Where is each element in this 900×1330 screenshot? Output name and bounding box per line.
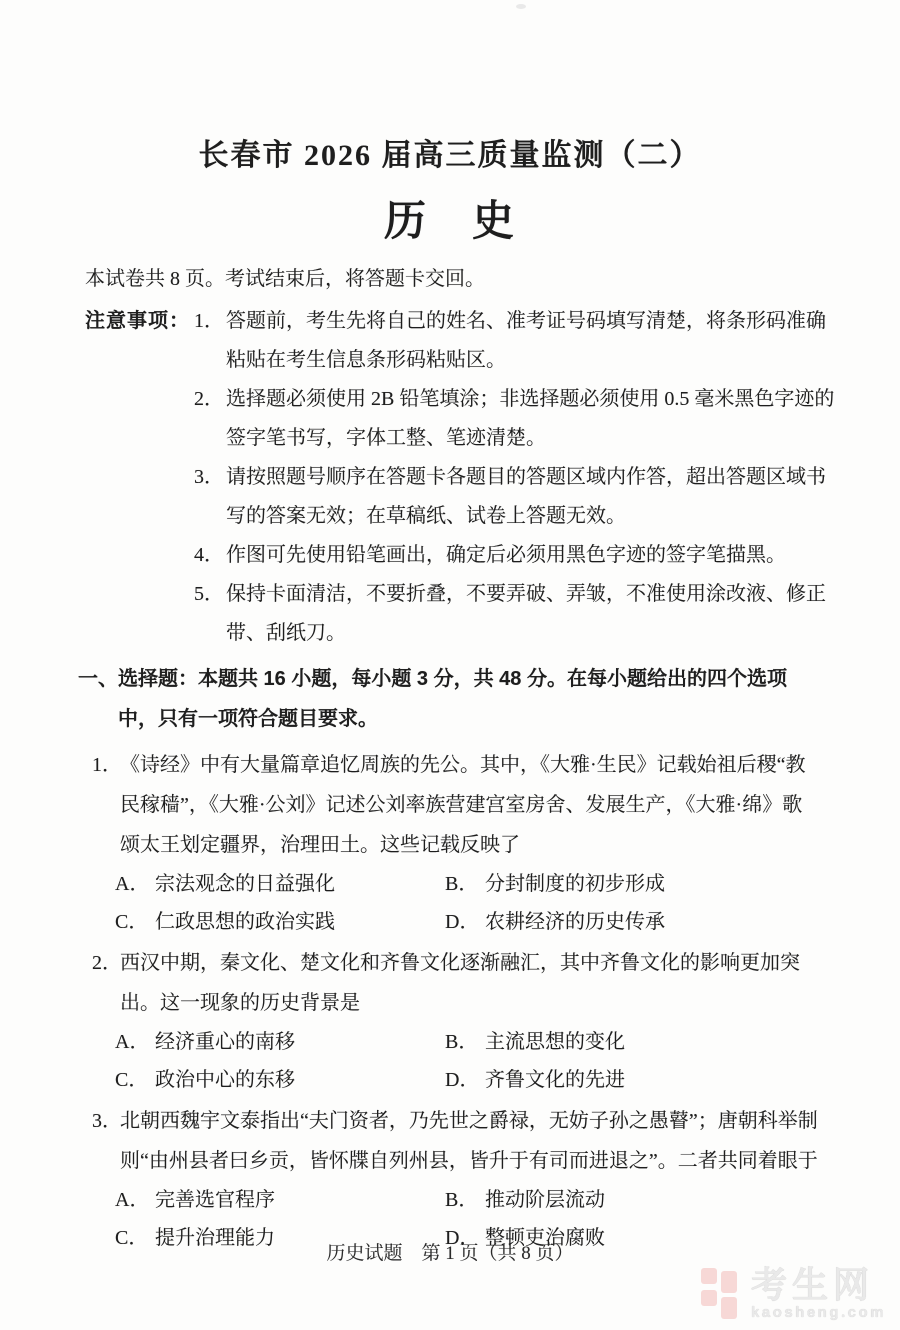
option-text: 农耕经济的历史传承 (485, 903, 665, 941)
option-a: A． 完善选官程序 (115, 1181, 445, 1219)
notice-item-number: 5． (194, 575, 226, 653)
notice-item-text: 请按照题号顺序在答题卡各题目的答题区域内作答，超出答题区域书写的答案无效；在草稿… (226, 458, 838, 536)
question-3: 3． 北朝西魏宇文泰指出“夫门资者，乃先世之爵禄，无妨子孙之愚瞽”；唐朝科举制则… (92, 1101, 900, 1257)
question-2: 2． 西汉中期，秦文化、楚文化和齐鲁文化逐渐融汇，其中齐鲁文化的影响更加突出。这… (92, 943, 900, 1099)
logo-block (721, 1297, 737, 1319)
option-b: B． 主流思想的变化 (445, 1023, 900, 1061)
section-number: 一、 (78, 659, 118, 739)
notice-item: 2． 选择题必须使用 2B 铅笔填涂；非选择题必须使用 0.5 毫米黑色字迹的签… (194, 380, 838, 458)
notice-items: 1． 答题前，考生先将自己的姓名、准考证号码填写清楚，将条形码准确粘贴在考生信息… (194, 302, 838, 653)
option-c: C． 仁政思想的政治实践 (115, 903, 445, 941)
notice-item-text: 作图可先使用铅笔画出，确定后必须用黑色字迹的签字笔描黑。 (226, 536, 838, 575)
option-label: A． (115, 1181, 155, 1219)
question-list: 1． 《诗经》中有大量篇章追忆周族的先公。其中，《大雅·生民》记载始祖后稷“教民… (92, 745, 900, 1257)
page-footer: 历史试题 第 1 页（共 8 页） (0, 1238, 900, 1265)
section-heading: 一、 选择题：本题共 16 小题，每小题 3 分，共 48 分。在每小题给出的四… (78, 659, 900, 739)
notice-item-text: 保持卡面清洁，不要折叠，不要弄破、弄皱，不准使用涂改液、修正带、刮纸刀。 (226, 575, 838, 653)
option-d: D． 农耕经济的历史传承 (445, 903, 900, 941)
question-stem: 西汉中期，秦文化、楚文化和齐鲁文化逐渐融汇，其中齐鲁文化的影响更加突出。这一现象… (120, 943, 820, 1023)
option-label: A． (115, 1023, 155, 1061)
question-1: 1． 《诗经》中有大量篇章追忆周族的先公。其中，《大雅·生民》记载始祖后稷“教民… (92, 745, 900, 941)
logo-block (701, 1268, 717, 1284)
option-label: B． (445, 1181, 485, 1219)
notice-item-number: 1． (194, 302, 226, 380)
option-text: 经济重心的南移 (155, 1023, 295, 1061)
option-text: 齐鲁文化的先进 (485, 1061, 625, 1099)
watermark-domain: kaosheng.com (751, 1305, 886, 1320)
scan-artifact (516, 4, 526, 9)
logo-block (721, 1271, 737, 1293)
question-stem: 《诗经》中有大量篇章追忆周族的先公。其中，《大雅·生民》记载始祖后稷“教民稼穑”… (120, 745, 820, 865)
logo-block (701, 1290, 717, 1306)
option-text: 推动阶层流动 (485, 1181, 605, 1219)
notice-item: 3． 请按照题号顺序在答题卡各题目的答题区域内作答，超出答题区域书写的答案无效；… (194, 458, 838, 536)
notice-section: 注意事项： 1． 答题前，考生先将自己的姓名、准考证号码填写清楚，将条形码准确粘… (85, 302, 900, 653)
option-label: C． (115, 1061, 155, 1099)
paper-subject: 历 史 (0, 188, 900, 248)
option-text: 宗法观念的日益强化 (155, 865, 335, 903)
notice-item-number: 3． (194, 458, 226, 536)
section-text: 选择题：本题共 16 小题，每小题 3 分，共 48 分。在每小题给出的四个选项… (118, 659, 824, 739)
option-label: B． (445, 865, 485, 903)
option-text: 政治中心的东移 (155, 1061, 295, 1099)
question-stem: 北朝西魏宇文泰指出“夫门资者，乃先世之爵禄，无妨子孙之愚瞽”；唐朝科举制则“由州… (120, 1101, 820, 1181)
option-label: D． (445, 903, 485, 941)
notice-item-number: 4． (194, 536, 226, 575)
question-number: 3． (92, 1101, 120, 1181)
notice-item: 5． 保持卡面清洁，不要折叠，不要弄破、弄皱，不准使用涂改液、修正带、刮纸刀。 (194, 575, 838, 653)
exam-paper-page: 长春市 2026 届高三质量监测（二） 历 史 本试卷共 8 页。考试结束后，将… (0, 0, 900, 1330)
option-text: 主流思想的变化 (485, 1023, 625, 1061)
option-grid: A． 宗法观念的日益强化 B． 分封制度的初步形成 C． 仁政思想的政治实践 D… (115, 865, 900, 941)
option-d: D． 齐鲁文化的先进 (445, 1061, 900, 1099)
watermark-name: 考生网 (751, 1267, 886, 1303)
option-b: B． 分封制度的初步形成 (445, 865, 900, 903)
option-label: B． (445, 1023, 485, 1061)
notice-item: 4． 作图可先使用铅笔画出，确定后必须用黑色字迹的签字笔描黑。 (194, 536, 838, 575)
notice-item-number: 2． (194, 380, 226, 458)
option-label: C． (115, 903, 155, 941)
option-text: 分封制度的初步形成 (485, 865, 665, 903)
option-c: C． 政治中心的东移 (115, 1061, 445, 1099)
option-grid: A． 经济重心的南移 B． 主流思想的变化 C． 政治中心的东移 D． 齐鲁文化… (115, 1023, 900, 1099)
option-text: 仁政思想的政治实践 (155, 903, 335, 941)
option-label: D． (445, 1061, 485, 1099)
question-stem-row: 2． 西汉中期，秦文化、楚文化和齐鲁文化逐渐融汇，其中齐鲁文化的影响更加突出。这… (92, 943, 900, 1023)
watermark-text: 考生网 kaosheng.com (751, 1267, 886, 1320)
notice-label: 注意事项： (85, 302, 190, 653)
paper-title: 长春市 2026 届高三质量监测（二） (0, 130, 900, 174)
kaosheng-watermark: 考生网 kaosheng.com (701, 1267, 886, 1320)
kaosheng-logo-icon (701, 1268, 739, 1320)
notice-item-text: 答题前，考生先将自己的姓名、准考证号码填写清楚，将条形码准确粘贴在考生信息条形码… (226, 302, 838, 380)
notice-item: 1． 答题前，考生先将自己的姓名、准考证号码填写清楚，将条形码准确粘贴在考生信息… (194, 302, 838, 380)
intro-line: 本试卷共 8 页。考试结束后，将答题卡交回。 (85, 264, 900, 294)
option-text: 完善选官程序 (155, 1181, 275, 1219)
question-stem-row: 3． 北朝西魏宇文泰指出“夫门资者，乃先世之爵禄，无妨子孙之愚瞽”；唐朝科举制则… (92, 1101, 900, 1181)
question-stem-row: 1． 《诗经》中有大量篇章追忆周族的先公。其中，《大雅·生民》记载始祖后稷“教民… (92, 745, 900, 865)
question-number: 1． (92, 745, 120, 865)
option-b: B． 推动阶层流动 (445, 1181, 900, 1219)
question-number: 2． (92, 943, 120, 1023)
notice-item-text: 选择题必须使用 2B 铅笔填涂；非选择题必须使用 0.5 毫米黑色字迹的签字笔书… (226, 380, 838, 458)
option-a: A． 宗法观念的日益强化 (115, 865, 445, 903)
option-a: A． 经济重心的南移 (115, 1023, 445, 1061)
option-label: A． (115, 865, 155, 903)
